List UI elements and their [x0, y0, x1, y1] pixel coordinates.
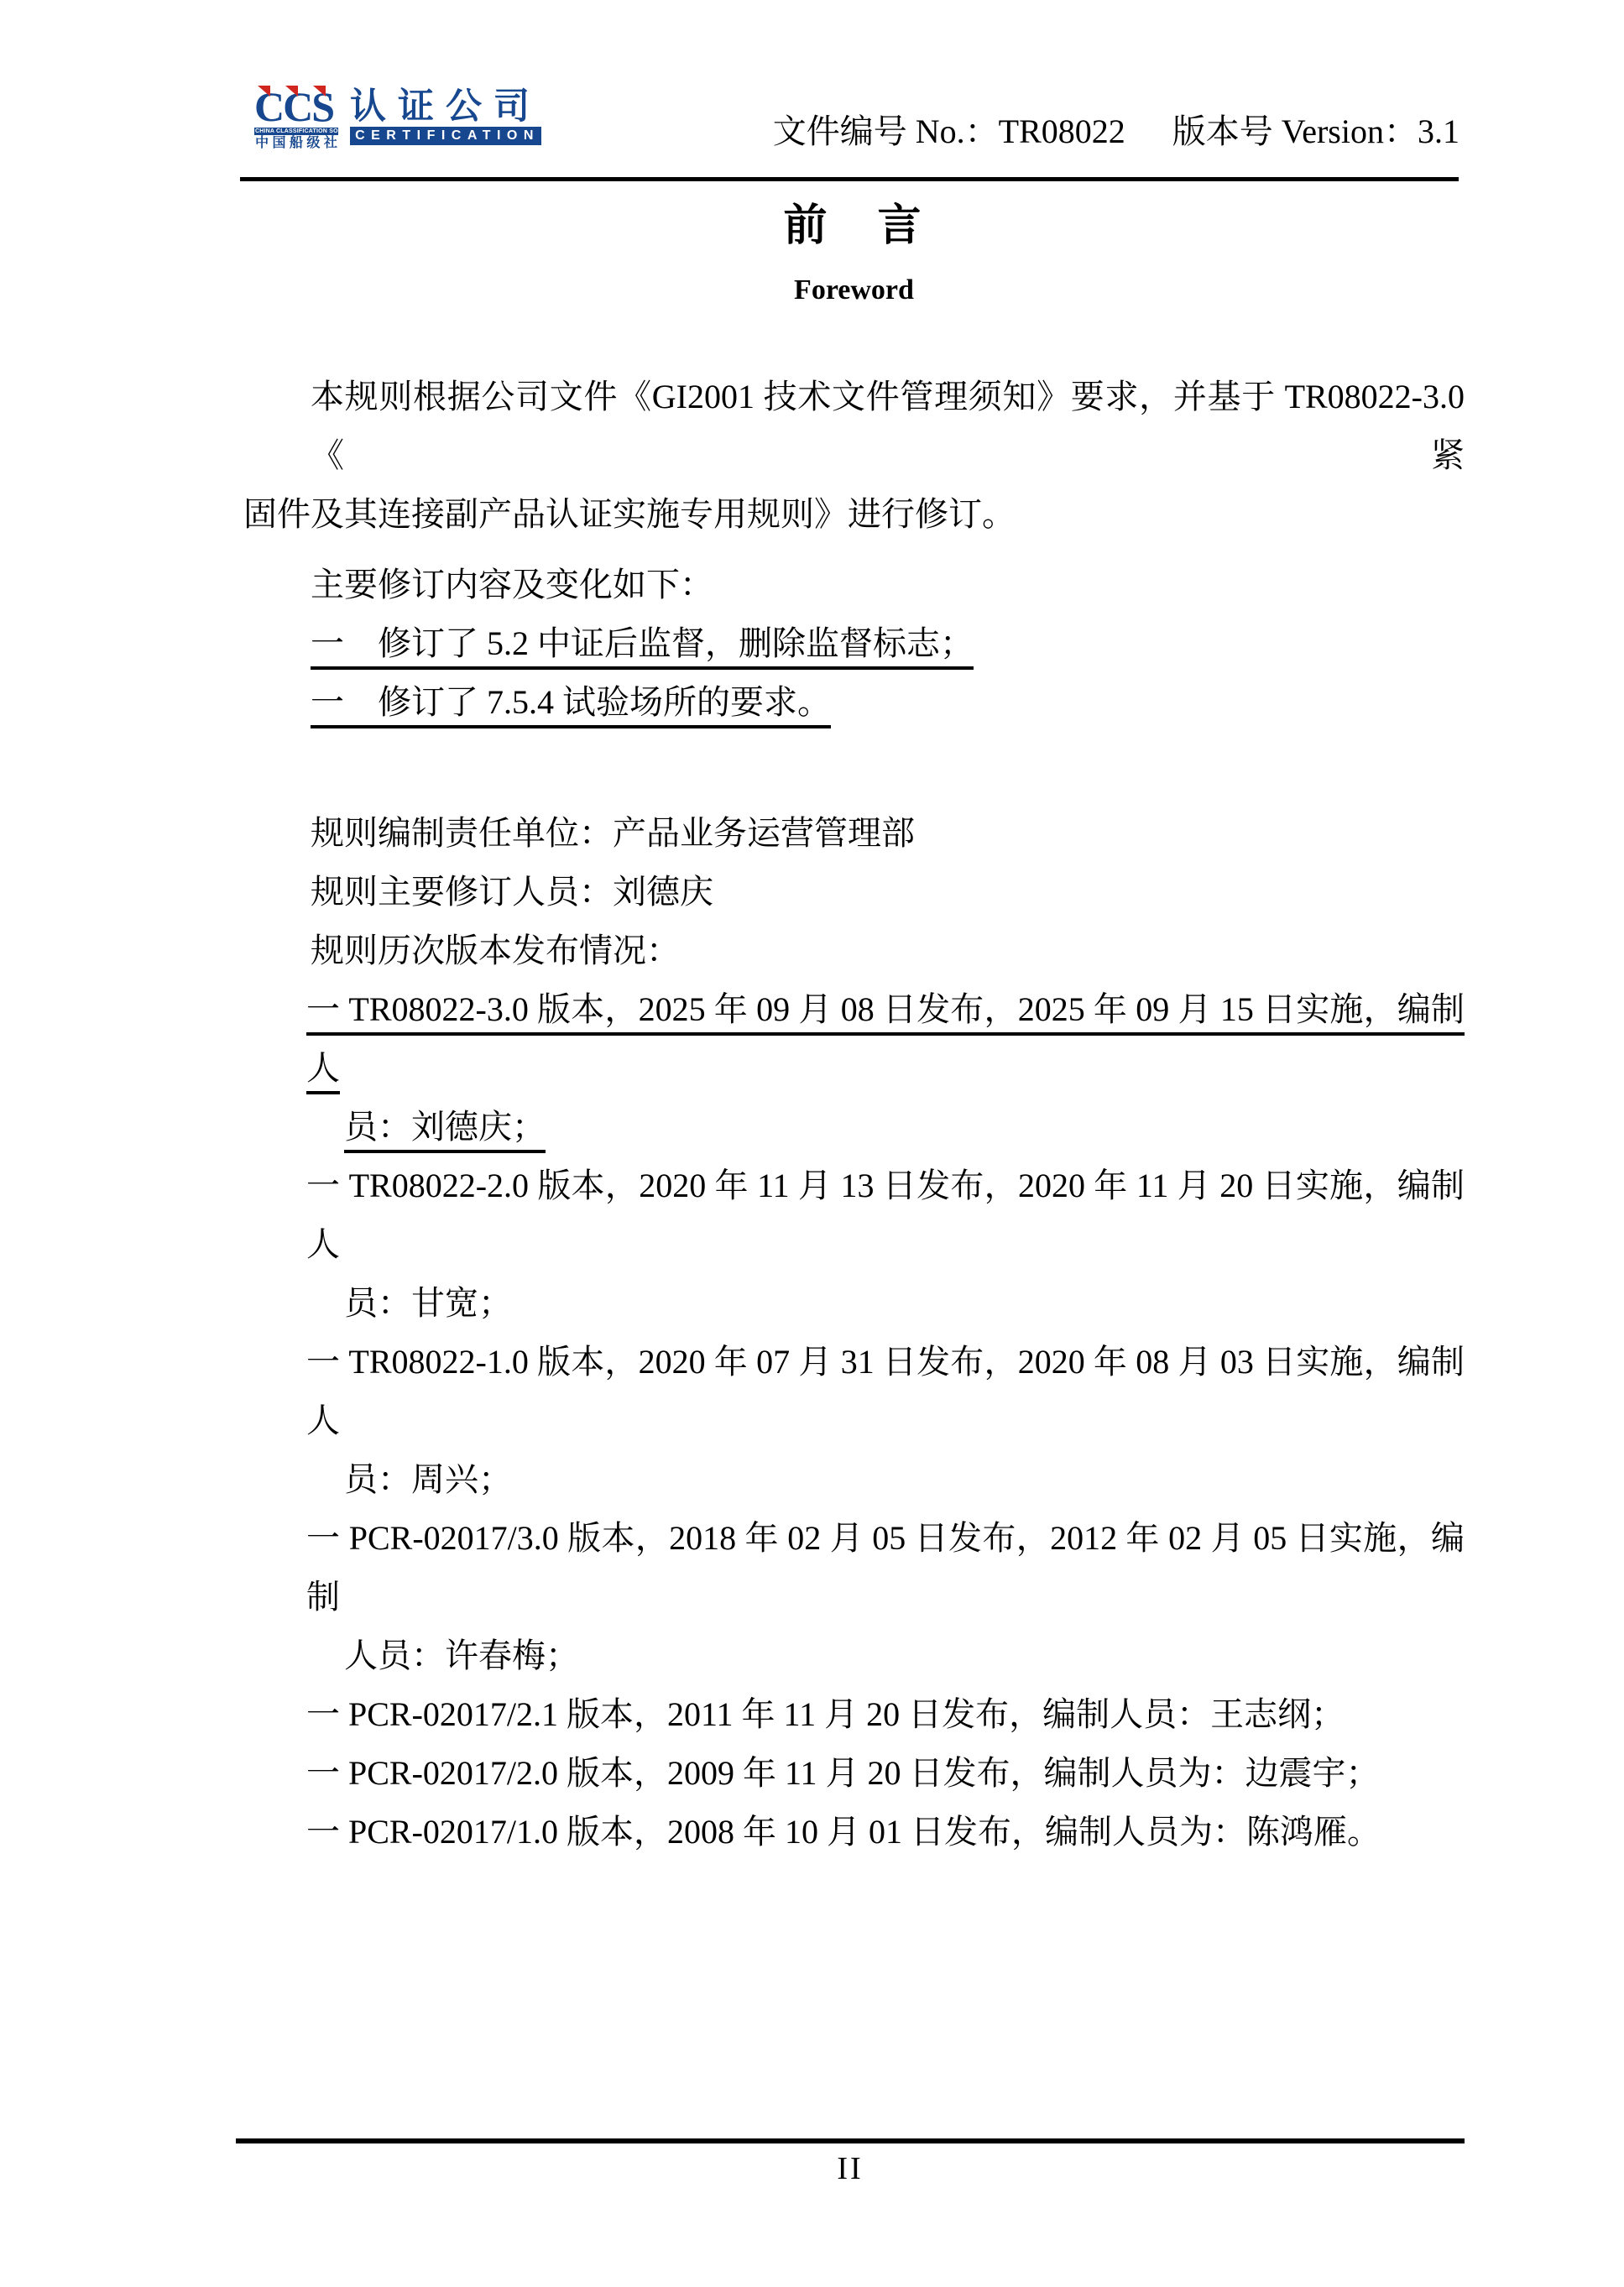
company-name-cn: 认证公司 [350, 89, 541, 124]
version-history-line: 员：刘德庆； [243, 1098, 1465, 1157]
version-history-line: 一 TR08022-2.0 版本，2020 年 11 月 13 日发布，2020… [243, 1157, 1465, 1274]
version-history-line: 员：周兴； [243, 1450, 1465, 1509]
blank-line [243, 732, 1465, 804]
version-history-line: 一 PCR-02017/2.1 版本，2011 年 11 月 20 日发布，编制… [243, 1685, 1465, 1744]
version-history-line: 一 PCR-02017/1.0 版本，2008 年 10 月 01 日发布，编制… [243, 1803, 1465, 1861]
version-history-line: 一 TR08022-3.0 版本，2025 年 09 月 08 日发布，2025… [243, 980, 1465, 1098]
revision-note-line: 一 修订了 5.2 中证后监督，删除监督标志； [243, 614, 1465, 673]
ccs-logo-right: 认证公司 CERTIFICATION [350, 87, 541, 145]
version-history-line: 一 PCR-02017/3.0 版本，2018 年 02 月 05 日发布，20… [243, 1509, 1465, 1626]
page-title-en: Foreword [243, 274, 1465, 307]
version-history-line: 人员：许春梅； [243, 1626, 1465, 1685]
doc-number: 文件编号 No.：TR08022 [773, 112, 1125, 151]
version-number: 版本号 Version：3.1 [1172, 112, 1460, 151]
foreword-body: 本规则根据公司文件《GI2001 技术文件管理须知》要求，并基于 TR08022… [243, 368, 1465, 1861]
version-history-intro-line: 规则历次版本发布情况： [243, 922, 1465, 980]
page-number: II [236, 2150, 1465, 2187]
version-history-line: 员：甘宽； [243, 1274, 1465, 1333]
header-divider [240, 177, 1459, 181]
version-history-line: 一 TR08022-1.0 版本，2020 年 07 月 31 日发布，2020… [243, 1333, 1465, 1450]
document-meta: 文件编号 No.：TR08022 版本号 Version：3.1 [773, 112, 1460, 151]
certification-bar: CERTIFICATION [350, 127, 541, 145]
version-history-line: 一 PCR-02017/2.0 版本，2009 年 11 月 20 日发布，编制… [243, 1744, 1465, 1803]
page-footer: II [236, 2138, 1465, 2187]
ccs-logo-left: CCS CHINA CLASSIFICATION SOCIETY 中 国 船 级… [254, 87, 338, 151]
paragraph-line: 固件及其连接副产品认证实施专用规则》进行修订。 [243, 485, 1465, 544]
revision-note-line: 一 修订了 7.5.4 试验场所的要求。 [243, 673, 1465, 732]
paragraph-line: 本规则根据公司文件《GI2001 技术文件管理须知》要求，并基于 TR08022… [243, 368, 1465, 485]
society-name-cn: 中 国 船 级 社 [254, 136, 338, 151]
responsible-unit-line: 规则编制责任单位：产品业务运营管理部 [243, 804, 1465, 863]
document-page: CCS CHINA CLASSIFICATION SOCIETY 中 国 船 级… [0, 0, 1624, 2287]
ccs-logo: CCS CHINA CLASSIFICATION SOCIETY 中 国 船 级… [254, 87, 541, 151]
revision-intro-line: 主要修订内容及变化如下： [243, 556, 1465, 614]
page-header: CCS CHINA CLASSIFICATION SOCIETY 中 国 船 级… [0, 0, 1624, 181]
page-title-cn: 前 言 [243, 201, 1465, 252]
revisers-line: 规则主要修订人员：刘德庆 [243, 863, 1465, 922]
